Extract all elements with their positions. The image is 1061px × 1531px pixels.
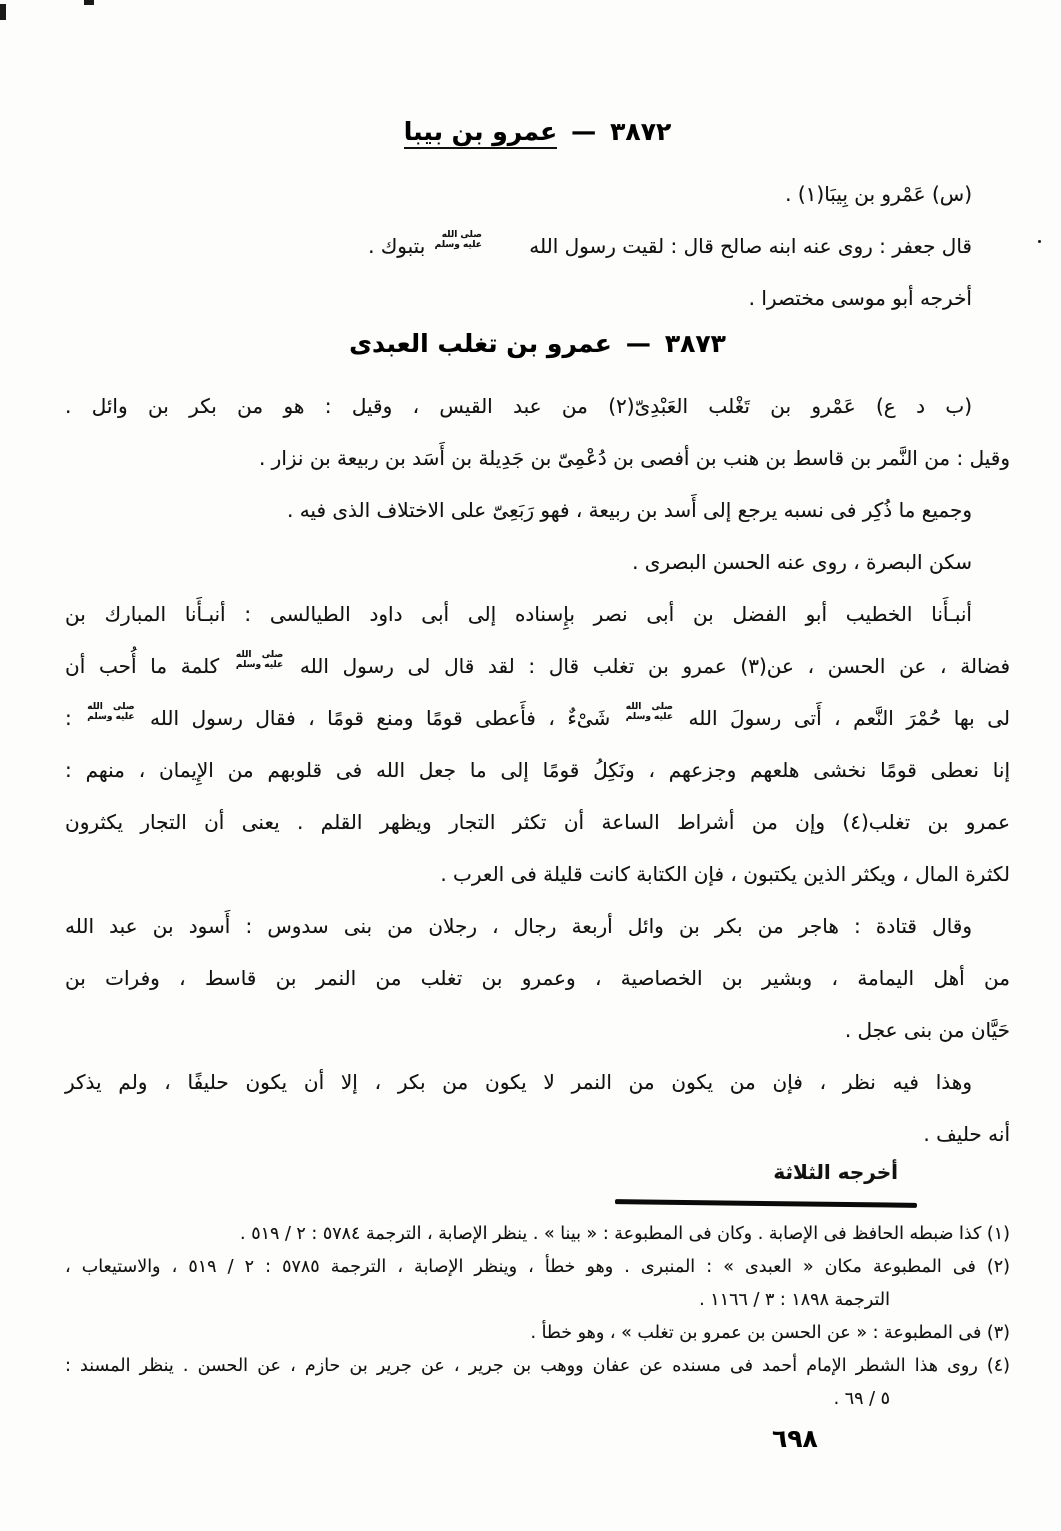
closing-formula: أخرجه الثلاثة [65,1146,1010,1198]
heading-dash: — [626,329,651,358]
footnote-line: (٤) روى هذا الشطر الإمام أحمد فى مسنده ع… [65,1350,1010,1383]
text-line: سكن البصرة ، روى عنه الحسن البصرى . [65,536,1010,588]
text-line: حَيَّان من بنى عجل . [65,1004,1010,1056]
page-number: ٦٩٨ [772,1424,818,1453]
paragraph: سكن البصرة ، روى عنه الحسن البصرى . [65,536,1010,588]
scan-artifact [1038,240,1041,243]
footnote-separator [615,1199,917,1208]
entry-name: عمرو بن تغلب العبدى [349,329,612,359]
text-line: وهذا فيه نظر ، فإن من يكون من النمر لا ي… [65,1056,1010,1108]
paragraph: قال جعفر : روى عنه ابنه صالح قال : لقيت … [65,220,1010,272]
salawat-seal-mark: صلى اللهعليه وسلم [236,651,283,670]
text-line: وجميع ما ذُكِر فى نسبه يرجع إلى أَسد بن … [65,484,1010,536]
salawat-seal-mark: صلى اللهعليه وسلم [87,703,134,722]
scanned-book-page: ٣٨٧٢—عمرو بن بيبا(س) عَمْرو بن بِيبَا(١)… [0,0,1061,1531]
paragraph: وجميع ما ذُكِر فى نسبه يرجع إلى أَسد بن … [65,484,1010,536]
page-content: ٣٨٧٢—عمرو بن بيبا(س) عَمْرو بن بِيبَا(١)… [0,0,1061,1416]
text-line: وقال قتادة : هاجر من بكر بن وائل أربعة ر… [65,900,1010,952]
paragraph: أنبـأَنا الخطيب أبو الفضل بن أبى نصر بإِ… [65,588,1010,900]
heading-dash: — [571,117,596,146]
paragraph: (ب د ع) عَمْرو بن تَغْلب العَبْدِىّ(٢) م… [65,380,1010,484]
salawat-seal-mark: صلى اللهعليه وسلم [626,703,673,722]
paragraph: وهذا فيه نظر ، فإن من يكون من النمر لا ي… [65,1056,1010,1160]
scan-artifact [84,0,94,5]
text-line: إنا نعطى قومًا نخشى هلعهم وجزعهم ، ونَكِ… [65,744,1010,796]
salawat-seal-mark: صلى اللهعليه وسلم [435,231,520,250]
text-line: وقيل : من النَّمر بن قاسط بن هنب بن أفصى… [65,432,1010,484]
footnotes: (١) كذا ضبطه الحافظ فى الإصابة . وكان فى… [65,1218,1010,1416]
paragraph: أخرجه أبو موسى مختصرا . [65,272,1010,324]
text-line: أخرجه أبو موسى مختصرا . [65,272,1010,324]
entry-heading: ٣٨٧٢—عمرو بن بيبا [65,112,1010,152]
entry-number: ٣٨٧٢ [610,117,671,146]
footnote-line: (٣) فى المطبوعة : « عن الحسن بن عمرو بن … [65,1317,1010,1350]
footnote-line: ٥ / ٦٩ . [65,1383,1010,1416]
entry-heading: ٣٨٧٣—عمرو بن تغلب العبدى [65,324,1010,364]
entry-name: عمرو بن بيبا [404,117,557,149]
footnote-line: الترجمة ١٨٩٨ : ٣ / ١١٦٦ . [65,1284,1010,1317]
paragraph: (س) عَمْرو بن بِيبَا(١) . [65,168,1010,220]
text-line: قال جعفر : روى عنه ابنه صالح قال : لقيت … [65,220,1010,272]
text-line: فضالة ، عن الحسن ، عن(٣) عمرو بن تغلب قا… [65,640,1010,692]
footnote-line: (٢) فى المطبوعة مكان « العبدى » : المنبر… [65,1251,1010,1284]
entry-number: ٣٨٧٣ [665,329,726,358]
entries: ٣٨٧٢—عمرو بن بيبا(س) عَمْرو بن بِيبَا(١)… [65,112,1010,1198]
footnote-line: (١) كذا ضبطه الحافظ فى الإصابة . وكان فى… [65,1218,1010,1251]
paragraph: وقال قتادة : هاجر من بكر بن وائل أربعة ر… [65,900,1010,1056]
text-line: عمرو بن تغلب(٤) وإن من أشراط الساعة أن ت… [65,796,1010,848]
text-line: (س) عَمْرو بن بِيبَا(١) . [65,168,1010,220]
text-line: من أهل اليمامة ، وبشير بن الخصاصية ، وعم… [65,952,1010,1004]
text-line: أنبـأَنا الخطيب أبو الفضل بن أبى نصر بإِ… [65,588,1010,640]
text-line: لى بها حُمْرَ النَّعم ، أَتى رسولَ الله … [65,692,1010,744]
scan-artifact [0,4,6,20]
text-line: أخرجه الثلاثة [65,1146,1010,1198]
text-line: (ب د ع) عَمْرو بن تَغْلب العَبْدِىّ(٢) م… [65,380,1010,432]
text-line: لكثرة المال ، ويكثر الذين يكتبون ، فإن ا… [65,848,1010,900]
